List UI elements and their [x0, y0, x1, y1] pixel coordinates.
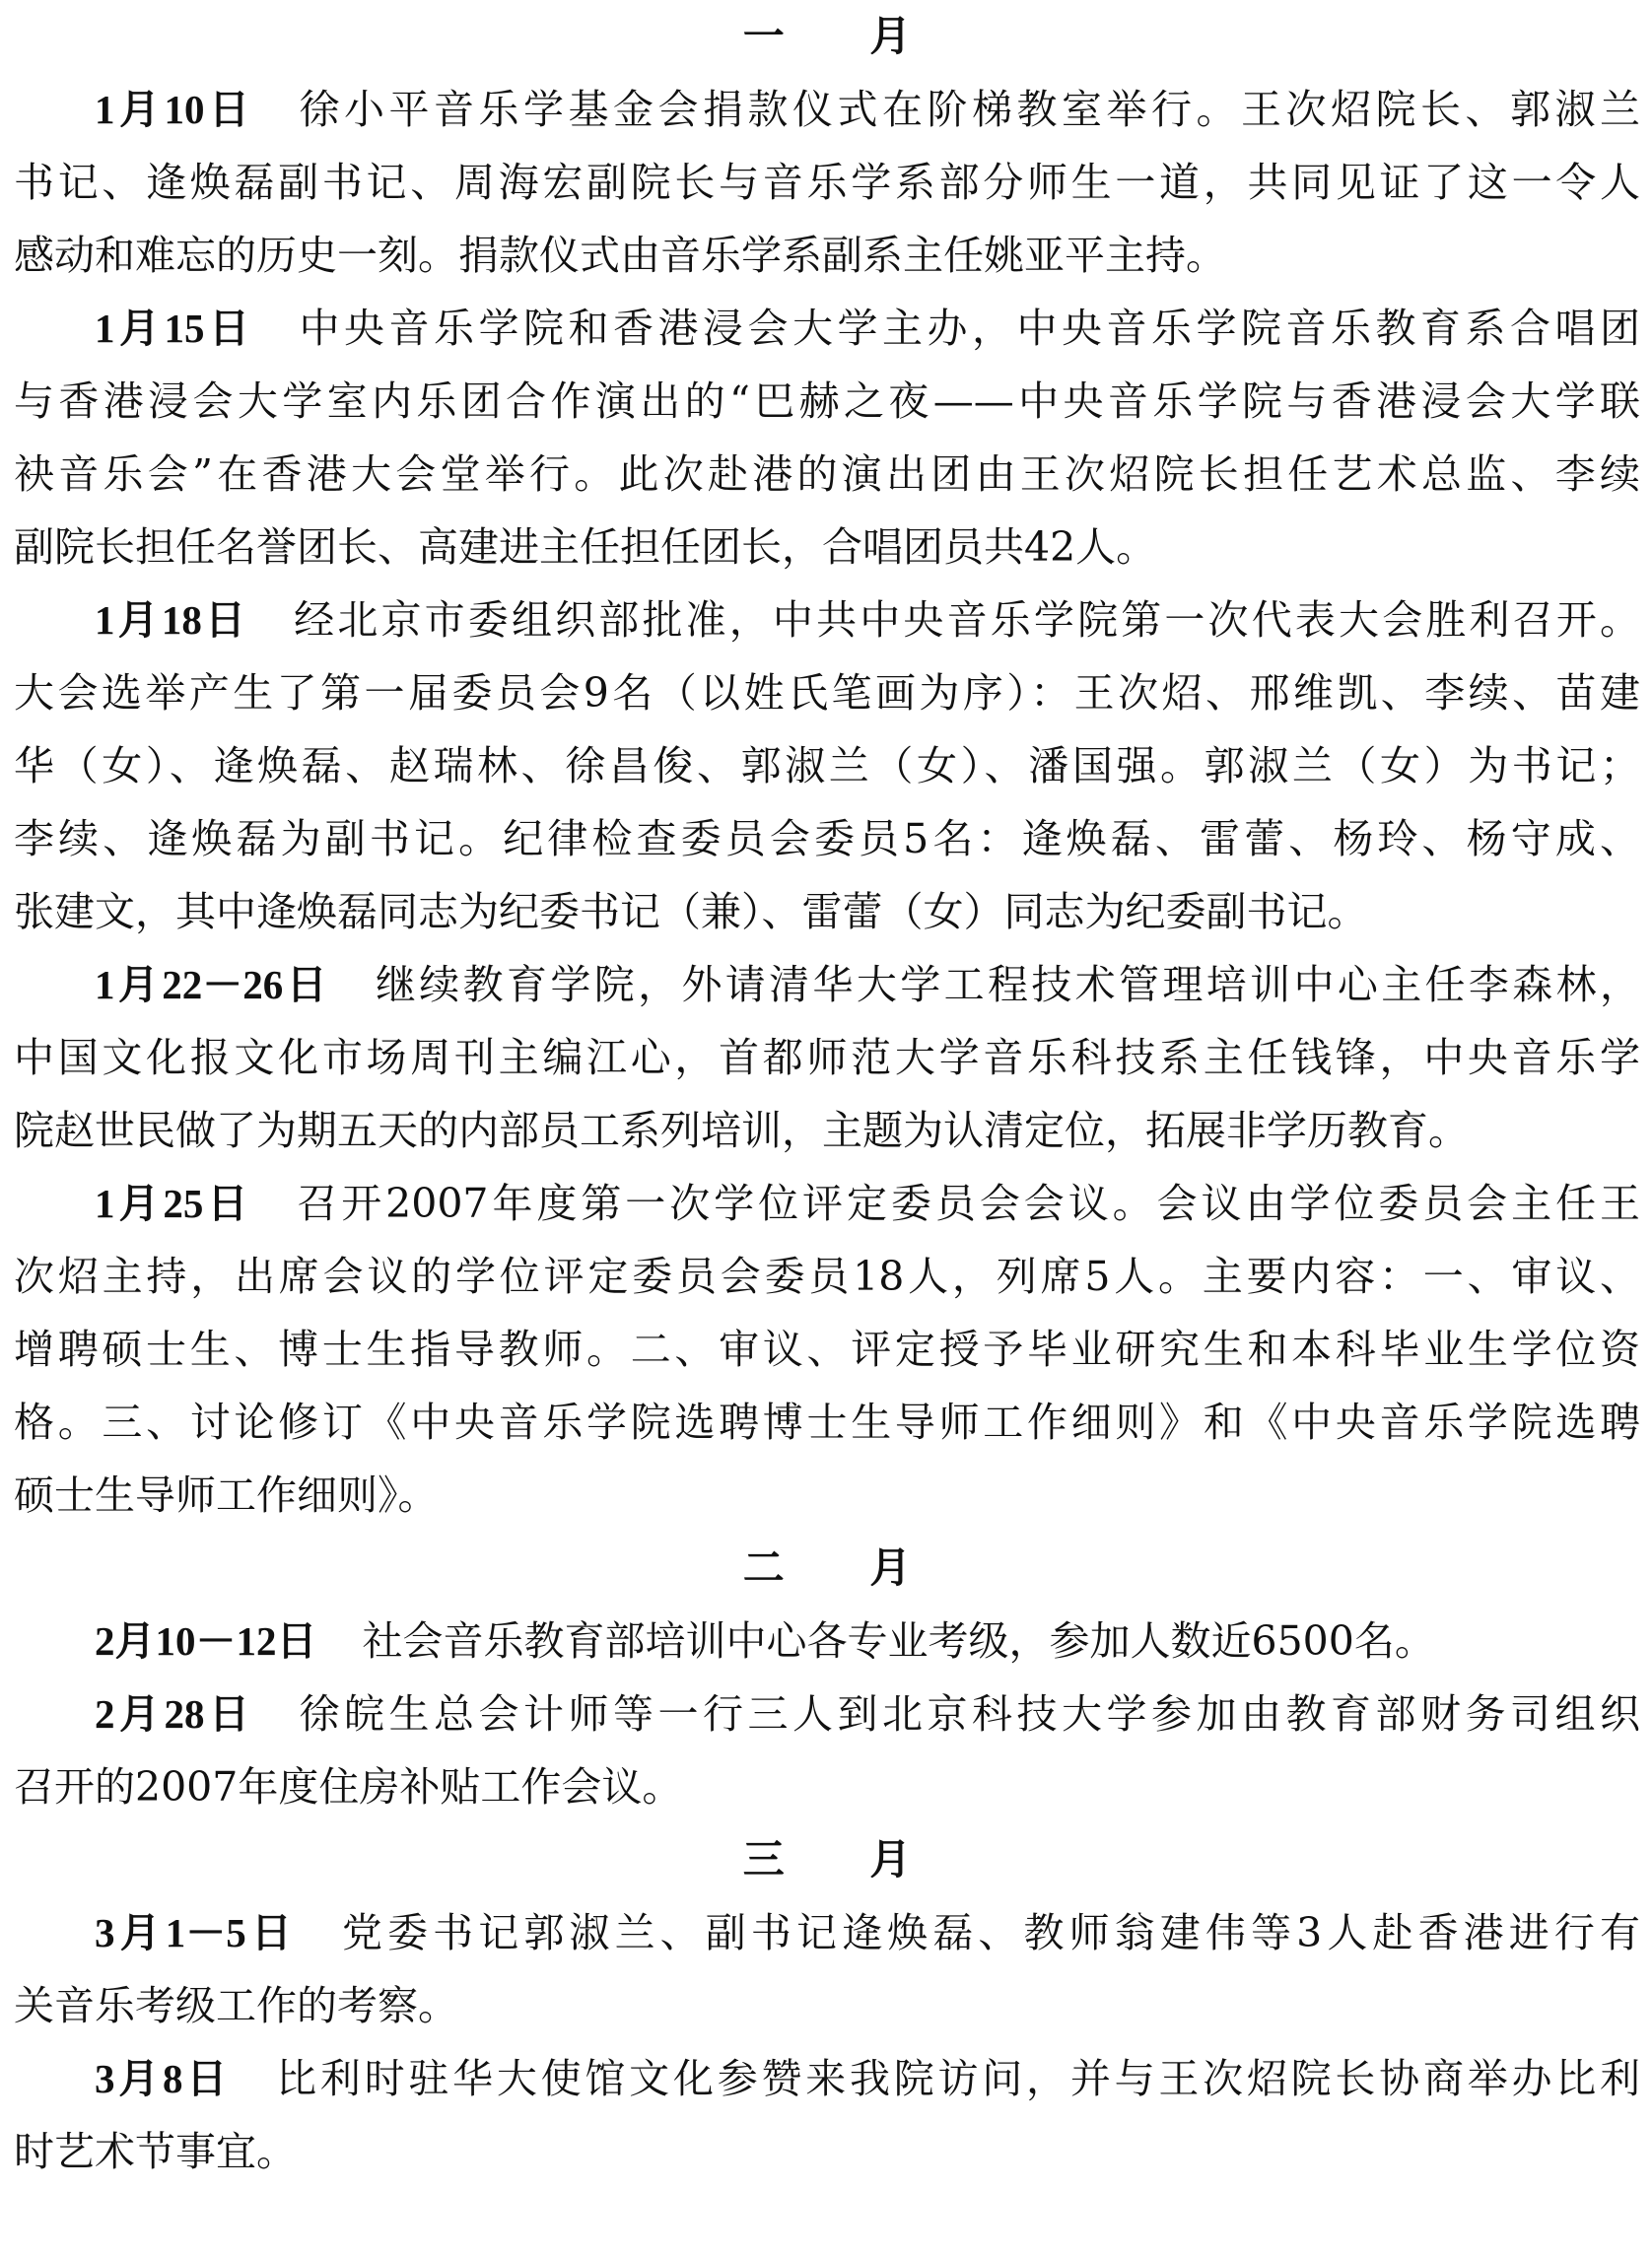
month-heading: 三 月 — [14, 1823, 1640, 1896]
entry-text: 感动和难忘的历史一刻。捐款仪式由音乐学系副系主任姚亚平主持。 — [14, 232, 1226, 279]
entry-text: 格。三、讨论修订《中央音乐学院选聘博士生导师工作细则》和《中央音乐学院选聘 — [14, 1399, 1640, 1446]
entry-line: 书记、逄焕磊副书记、周海宏副院长与音乐学系部分师生一道，共同见证了这一令人 — [14, 146, 1640, 219]
entry-line: 硕士生导师工作细则》。 — [14, 1459, 1640, 1532]
entry-text: 徐小平音乐学基金会捐款仪式在阶梯教室举行。王次炤院长、郭淑兰 — [300, 86, 1641, 133]
entry-line: 2月10－12日社会音乐教育部培训中心各专业考级，参加人数近6500名。 — [14, 1605, 1640, 1677]
entry-date: 1月15日 — [95, 306, 254, 351]
entry-text: 比利时驻华大使馆文化参赞来我院访问，并与王次炤院长协商举办比利 — [276, 2055, 1640, 2102]
entry-text: 袂音乐会”在香港大会堂举行。此次赴港的演出团由王次炤院长担任艺术总监、李续 — [14, 450, 1640, 498]
entry-date: 1月18日 — [95, 597, 248, 643]
entry-text: 召开的2007年度住房补贴工作会议。 — [14, 1763, 682, 1811]
chronicle-entry: 1月15日中央音乐学院和香港浸会大学主办，中央音乐学院音乐教育系合唱团与香港浸会… — [14, 292, 1640, 583]
chronicle-entry: 2月10－12日社会音乐教育部培训中心各专业考级，参加人数近6500名。 — [14, 1605, 1640, 1677]
entry-line: 华（女）、逄焕磊、赵瑞林、徐昌俊、郭淑兰（女）、潘国强。郭淑兰（女）为书记； — [14, 729, 1640, 802]
entry-line: 关音乐考级工作的考察。 — [14, 1969, 1640, 2042]
entry-text: 党委书记郭淑兰、副书记逄焕磊、教师翁建伟等3人赴香港进行有 — [342, 1909, 1640, 1956]
entry-text: 与香港浸会大学室内乐团合作演出的“巴赫之夜——中央音乐学院与香港浸会大学联 — [14, 377, 1640, 425]
entry-line: 1月18日经北京市委组织部批准，中共中央音乐学院第一次代表大会胜利召开。 — [14, 583, 1640, 656]
entry-line: 袂音乐会”在香港大会堂举行。此次赴港的演出团由王次炤院长担任艺术总监、李续 — [14, 438, 1640, 511]
month-heading: 二 月 — [14, 1532, 1640, 1605]
chronicle-entry: 3月8日比利时驻华大使馆文化参赞来我院访问，并与王次炤院长协商举办比利时艺术节事… — [14, 2042, 1640, 2188]
entry-text: 硕士生导师工作细则》。 — [14, 1472, 439, 1519]
entry-date: 1月22－26日 — [95, 962, 330, 1007]
entry-line: 格。三、讨论修订《中央音乐学院选聘博士生导师工作细则》和《中央音乐学院选聘 — [14, 1386, 1640, 1459]
entry-text: 书记、逄焕磊副书记、周海宏副院长与音乐学系部分师生一道，共同见证了这一令人 — [14, 159, 1640, 206]
entry-date: 3月1－5日 — [95, 1910, 297, 1955]
entry-line: 增聘硕士生、博士生指导教师。二、审议、评定授予毕业研究生和本科毕业生学位资 — [14, 1313, 1640, 1386]
entry-line: 院赵世民做了为期五天的内部员工系列培训，主题为认清定位，拓展非学历教育。 — [14, 1094, 1640, 1167]
entry-text: 增聘硕士生、博士生指导教师。二、审议、评定授予毕业研究生和本科毕业生学位资 — [14, 1326, 1640, 1373]
entry-text: 关音乐考级工作的考察。 — [14, 1982, 458, 2029]
entry-line: 1月22－26日继续教育学院，外请清华大学工程技术管理培训中心主任李森林， — [14, 948, 1640, 1021]
entry-text: 召开2007年度第一次学位评定委员会会议。会议由学位委员会主任王 — [297, 1180, 1640, 1227]
entry-line: 大会选举产生了第一届委员会9名（以姓氏笔画为序）：王次炤、邢维凯、李续、苗建 — [14, 656, 1640, 729]
entry-date: 1月10日 — [95, 87, 254, 132]
entry-text: 时艺术节事宜。 — [14, 2128, 297, 2175]
entry-line: 李续、逄焕磊为副书记。纪律检查委员会委员5名：逄焕磊、雷蕾、杨玲、杨守成、 — [14, 802, 1640, 875]
chronicle-entry: 2月28日徐皖生总会计师等一行三人到北京科技大学参加由教育部财务司组织召开的20… — [14, 1677, 1640, 1823]
chronicle-page: 一 月1月10日徐小平音乐学基金会捐款仪式在阶梯教室举行。王次炤院长、郭淑兰书记… — [14, 0, 1640, 2188]
chronicle-entry: 1月22－26日继续教育学院，外请清华大学工程技术管理培训中心主任李森林，中国文… — [14, 948, 1640, 1167]
entry-line: 次炤主持，出席会议的学位评定委员会委员18人，列席5人。主要内容：一、审议、 — [14, 1240, 1640, 1313]
entry-text: 次炤主持，出席会议的学位评定委员会委员18人，列席5人。主要内容：一、审议、 — [14, 1253, 1640, 1300]
entry-text: 中央音乐学院和香港浸会大学主办，中央音乐学院音乐教育系合唱团 — [300, 305, 1641, 352]
entry-text: 大会选举产生了第一届委员会9名（以姓氏笔画为序）：王次炤、邢维凯、李续、苗建 — [14, 669, 1640, 717]
entry-date: 3月8日 — [95, 2056, 231, 2101]
entry-line: 3月1－5日党委书记郭淑兰、副书记逄焕磊、教师翁建伟等3人赴香港进行有 — [14, 1896, 1640, 1969]
entry-date: 2月28日 — [95, 1691, 254, 1737]
entry-line: 2月28日徐皖生总会计师等一行三人到北京科技大学参加由教育部财务司组织 — [14, 1677, 1640, 1750]
chronicle-entry: 3月1－5日党委书记郭淑兰、副书记逄焕磊、教师翁建伟等3人赴香港进行有关音乐考级… — [14, 1896, 1640, 2042]
entry-text: 经北京市委组织部批准，中共中央音乐学院第一次代表大会胜利召开。 — [294, 596, 1640, 644]
entry-text: 张建文，其中逄焕磊同志为纪委书记（兼）、雷蕾（女）同志为纪委副书记。 — [14, 888, 1368, 935]
entry-line: 副院长担任名誉团长、高建进主任担任团长，合唱团员共42人。 — [14, 511, 1640, 583]
entry-line: 召开的2007年度住房补贴工作会议。 — [14, 1750, 1640, 1823]
entry-text: 院赵世民做了为期五天的内部员工系列培训，主题为认清定位，拓展非学历教育。 — [14, 1107, 1469, 1154]
entry-text: 李续、逄焕磊为副书记。纪律检查委员会委员5名：逄焕磊、雷蕾、杨玲、杨守成、 — [14, 815, 1640, 862]
chronicle-entry: 1月18日经北京市委组织部批准，中共中央音乐学院第一次代表大会胜利召开。大会选举… — [14, 583, 1640, 948]
entry-line: 1月25日召开2007年度第一次学位评定委员会会议。会议由学位委员会主任王 — [14, 1167, 1640, 1240]
entry-text: 中国文化报文化市场周刊主编江心，首都师范大学音乐科技系主任钱锋，中央音乐学 — [14, 1034, 1640, 1081]
entry-line: 1月15日中央音乐学院和香港浸会大学主办，中央音乐学院音乐教育系合唱团 — [14, 292, 1640, 365]
entry-line: 与香港浸会大学室内乐团合作演出的“巴赫之夜——中央音乐学院与香港浸会大学联 — [14, 365, 1640, 438]
entry-date: 2月10－12日 — [95, 1618, 317, 1664]
entry-text: 社会音乐教育部培训中心各专业考级，参加人数近6500名。 — [363, 1617, 1435, 1665]
entry-text: 副院长担任名誉团长、高建进主任担任团长，合唱团员共42人。 — [14, 523, 1156, 571]
entry-line: 3月8日比利时驻华大使馆文化参赞来我院访问，并与王次炤院长协商举办比利 — [14, 2042, 1640, 2115]
entry-line: 张建文，其中逄焕磊同志为纪委书记（兼）、雷蕾（女）同志为纪委副书记。 — [14, 875, 1640, 948]
chronicle-entry: 1月10日徐小平音乐学基金会捐款仪式在阶梯教室举行。王次炤院长、郭淑兰书记、逄焕… — [14, 73, 1640, 292]
entry-line: 中国文化报文化市场周刊主编江心，首都师范大学音乐科技系主任钱锋，中央音乐学 — [14, 1021, 1640, 1094]
entry-text: 徐皖生总会计师等一行三人到北京科技大学参加由教育部财务司组织 — [300, 1690, 1641, 1738]
entry-text: 继续教育学院，外请清华大学工程技术管理培训中心主任李森林， — [376, 961, 1640, 1008]
entry-text: 华（女）、逄焕磊、赵瑞林、徐昌俊、郭淑兰（女）、潘国强。郭淑兰（女）为书记； — [14, 742, 1640, 789]
entry-date: 1月25日 — [95, 1181, 251, 1226]
entry-line: 感动和难忘的历史一刻。捐款仪式由音乐学系副系主任姚亚平主持。 — [14, 219, 1640, 292]
entry-line: 1月10日徐小平音乐学基金会捐款仪式在阶梯教室举行。王次炤院长、郭淑兰 — [14, 73, 1640, 146]
entry-line: 时艺术节事宜。 — [14, 2115, 1640, 2188]
month-heading: 一 月 — [14, 0, 1640, 73]
chronicle-entry: 1月25日召开2007年度第一次学位评定委员会会议。会议由学位委员会主任王次炤主… — [14, 1167, 1640, 1532]
